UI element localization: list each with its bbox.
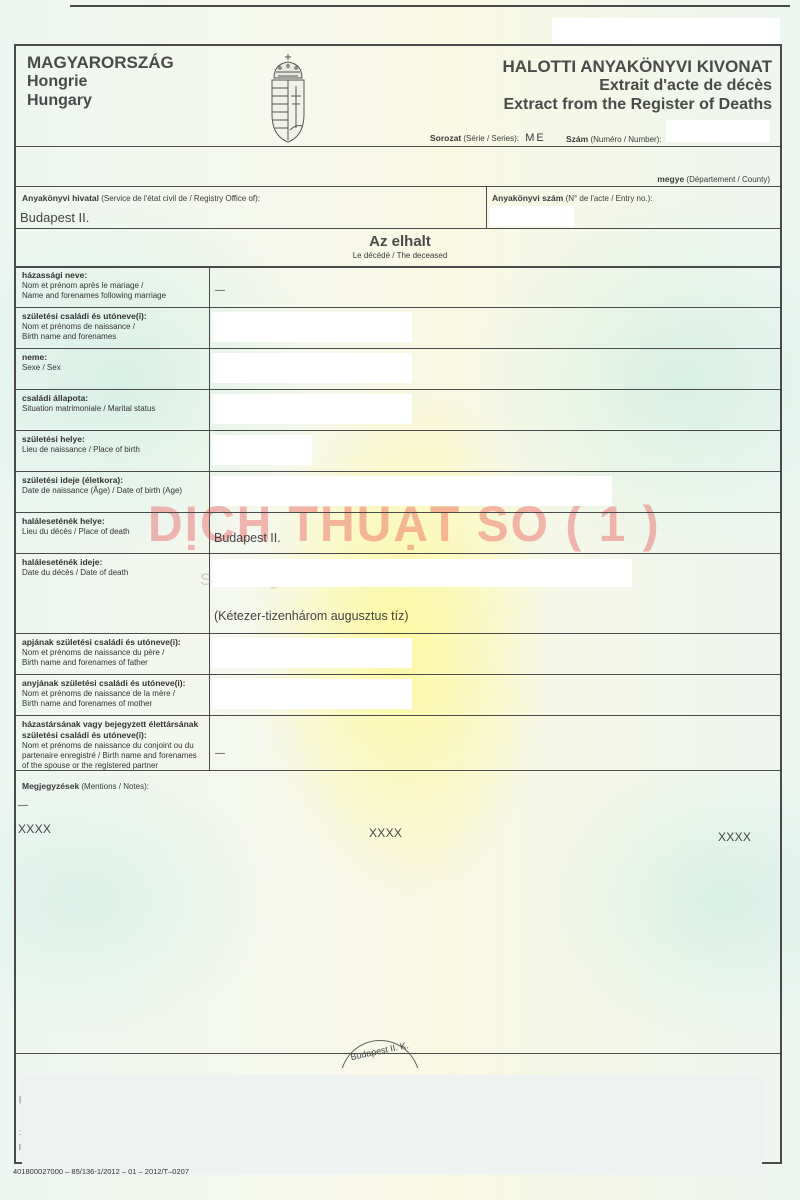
field-label-hu-cont: születési családi és utóneve(i): <box>22 730 147 740</box>
entry-number-label-bold: Anyakönyvi szám <box>492 193 563 203</box>
field-label-hu: házassági neve: <box>22 270 87 280</box>
field-label-hu: apjának születési családi és utóneve(i): <box>22 637 181 647</box>
redacted-top <box>552 18 780 44</box>
registry-office-label-rest: (Service de l'état civil de / Registry O… <box>99 194 260 203</box>
field-label-translation: Birth name and forenames <box>22 332 116 341</box>
notes-dash: — <box>18 800 28 811</box>
country-hu: MAGYARORSZÁG <box>27 53 174 72</box>
field-label-translation: Date de naissance (Âge) / Date of birth … <box>22 486 182 495</box>
signature-mark-1: | <box>19 1095 21 1104</box>
section-title-hu: Az elhalt <box>0 233 800 250</box>
field-label: születési ideje (életkora):Date de naiss… <box>22 475 207 496</box>
notes-mark-left: XXXX <box>18 822 51 836</box>
redacted-field-value <box>212 638 412 668</box>
field-label-translation: Nom et prénoms de naissance du conjoint … <box>22 741 194 750</box>
registry-office-label: Anyakönyvi hivatal (Service de l'état ci… <box>22 193 260 203</box>
field-value: — <box>215 748 225 759</box>
field-label-translation: Nom et prénoms de naissance / <box>22 322 135 331</box>
field-label: születési családi és utóneve(i):Nom et p… <box>22 311 207 342</box>
title-en: Extract from the Register of Deaths <box>503 95 773 114</box>
document-title: HALOTTI ANYAKÖNYVI KIVONAT Extrait d'act… <box>503 57 773 114</box>
field-label: haláleseténék helye:Lieu du décès / Plac… <box>22 516 207 537</box>
field-label-translation: Birth name and forenames of father <box>22 658 148 667</box>
county-field: megye (Département / County) <box>657 174 770 184</box>
series-label-bold: Sorozat <box>430 133 461 143</box>
redacted-field-value <box>212 312 412 342</box>
field-label: anyjának születési családi és utóneve(i)… <box>22 678 207 709</box>
field-label-hu: születési helye: <box>22 434 85 444</box>
field-label-hu: haláleseténék helye: <box>22 516 105 526</box>
field-label-translation: Lieu du décès / Place of death <box>22 527 130 536</box>
notes-mark-right: XXXX <box>718 830 751 844</box>
signature-mark-2: : <box>19 1128 21 1137</box>
notes-label-bold: Megjegyzések <box>22 781 79 791</box>
field-label-translation: Date du décès / Date of death <box>22 568 128 577</box>
row-divider <box>14 471 782 472</box>
field-label: neme:Sexe / Sex <box>22 352 207 373</box>
field-label-translation: Lieu de naissance / Place of birth <box>22 445 140 454</box>
series-value: ME <box>525 132 546 144</box>
redacted-entry-number <box>490 206 574 226</box>
row-divider <box>14 512 782 513</box>
series-label-rest: (Série / Series): <box>461 134 519 143</box>
redacted-number <box>666 120 770 142</box>
top-edge-line <box>70 5 790 7</box>
field-label: családi állapota:Situation matrimoniale … <box>22 393 207 414</box>
row-divider <box>14 553 782 554</box>
field-label: házastársának vagy bejegyzett élettársán… <box>22 719 207 771</box>
field-label: házassági neve:Nom et prénom après le ma… <box>22 270 207 301</box>
row-divider <box>14 348 782 349</box>
field-label-translation: Nom et prénoms de naissance de la mère / <box>22 689 175 698</box>
row-divider <box>14 715 782 716</box>
field-label-translation: Situation matrimoniale / Marital status <box>22 404 155 413</box>
row-divider <box>14 430 782 431</box>
field-label-hu: anyjának születési családi és utóneve(i)… <box>22 678 185 688</box>
redacted-field-value <box>212 559 632 587</box>
field-label-hu: születési ideje (életkora): <box>22 475 123 485</box>
notes-label-rest: (Mentions / Notes): <box>79 782 149 791</box>
field-label: apjának születési családi és utóneve(i):… <box>22 637 207 668</box>
series-field: Sorozat (Série / Series): ME <box>430 132 546 144</box>
notes-label: Megjegyzések (Mentions / Notes): <box>22 781 149 791</box>
section-divider <box>14 266 782 268</box>
row-divider <box>14 389 782 390</box>
deceased-section-title: Az elhalt Le décédé / The deceased <box>0 233 800 261</box>
field-label-translation: Sexe / Sex <box>22 363 61 372</box>
redacted-field-value <box>212 435 312 465</box>
number-label-rest: (Numéro / Number): <box>588 135 661 144</box>
redacted-field-value <box>212 394 412 424</box>
field-label: születési helye:Lieu de naissance / Plac… <box>22 434 207 455</box>
number-label-bold: Szám <box>566 134 588 144</box>
form-frame <box>14 44 782 1164</box>
issuing-country: MAGYARORSZÁG Hongrie Hungary <box>27 53 174 110</box>
country-fr: Hongrie <box>27 72 174 91</box>
county-label-bold: megye <box>657 174 684 184</box>
row-divider <box>14 307 782 308</box>
redacted-field-value <box>212 476 612 506</box>
title-fr: Extrait d'acte de décès <box>503 76 773 95</box>
field-label-translation: Name and forenames following marriage <box>22 291 166 300</box>
rows-bottom-divider <box>14 770 782 771</box>
redacted-field-value <box>212 353 412 383</box>
field-label: haláleseténék ideje:Date du décès / Date… <box>22 557 207 578</box>
field-label-translation: Nom et prénoms de naissance du père / <box>22 648 164 657</box>
field-label-hu: születési családi és utóneve(i): <box>22 311 147 321</box>
notes-mark-center: XXXX <box>369 826 402 840</box>
country-en: Hungary <box>27 91 174 110</box>
county-label-rest: (Département / County) <box>684 175 770 184</box>
header-divider <box>14 146 782 147</box>
office-divider <box>14 228 782 229</box>
field-label-hu: családi állapota: <box>22 393 88 403</box>
registry-office-value: Budapest II. <box>20 210 89 225</box>
field-label-hu: neme: <box>22 352 47 362</box>
redacted-signature-area <box>22 1075 762 1175</box>
entry-number-label-rest: (N° de l'acte / Entry no.): <box>563 194 652 203</box>
field-label-translation: partenaire enregistré / Birth name and f… <box>22 751 197 760</box>
county-divider <box>14 186 782 187</box>
registry-office-label-bold: Anyakönyvi hivatal <box>22 193 99 203</box>
row-divider <box>14 633 782 634</box>
row-divider <box>14 674 782 675</box>
form-code: 401800027000 – 85/136-1/2012 – 01 – 2012… <box>13 1167 189 1176</box>
field-label-translation: Nom et prénom après le mariage / <box>22 281 143 290</box>
field-label-hu: haláleseténék ideje: <box>22 557 102 567</box>
field-label-translation: Birth name and forenames of mother <box>22 699 152 708</box>
section-title-subtitle: Le décédé / The deceased <box>0 250 800 261</box>
field-label-hu: házastársának vagy bejegyzett élettársán… <box>22 719 198 729</box>
title-hu: HALOTTI ANYAKÖNYVI KIVONAT <box>503 57 773 76</box>
signature-mark-3: l <box>19 1143 21 1152</box>
office-entry-divider <box>486 186 487 228</box>
field-label-translation: of the spouse or the registered partner <box>22 761 158 770</box>
number-field: Szám (Numéro / Number): <box>566 134 662 144</box>
redacted-field-value <box>212 679 412 709</box>
field-value: Budapest II. <box>214 531 281 545</box>
field-value-in-words: (Kétezer-tizenhárom augusztus tíz) <box>214 609 409 623</box>
coat-of-arms-icon <box>266 52 310 144</box>
field-value: — <box>215 285 225 296</box>
entry-number-label: Anyakönyvi szám (N° de l'acte / Entry no… <box>492 193 653 203</box>
